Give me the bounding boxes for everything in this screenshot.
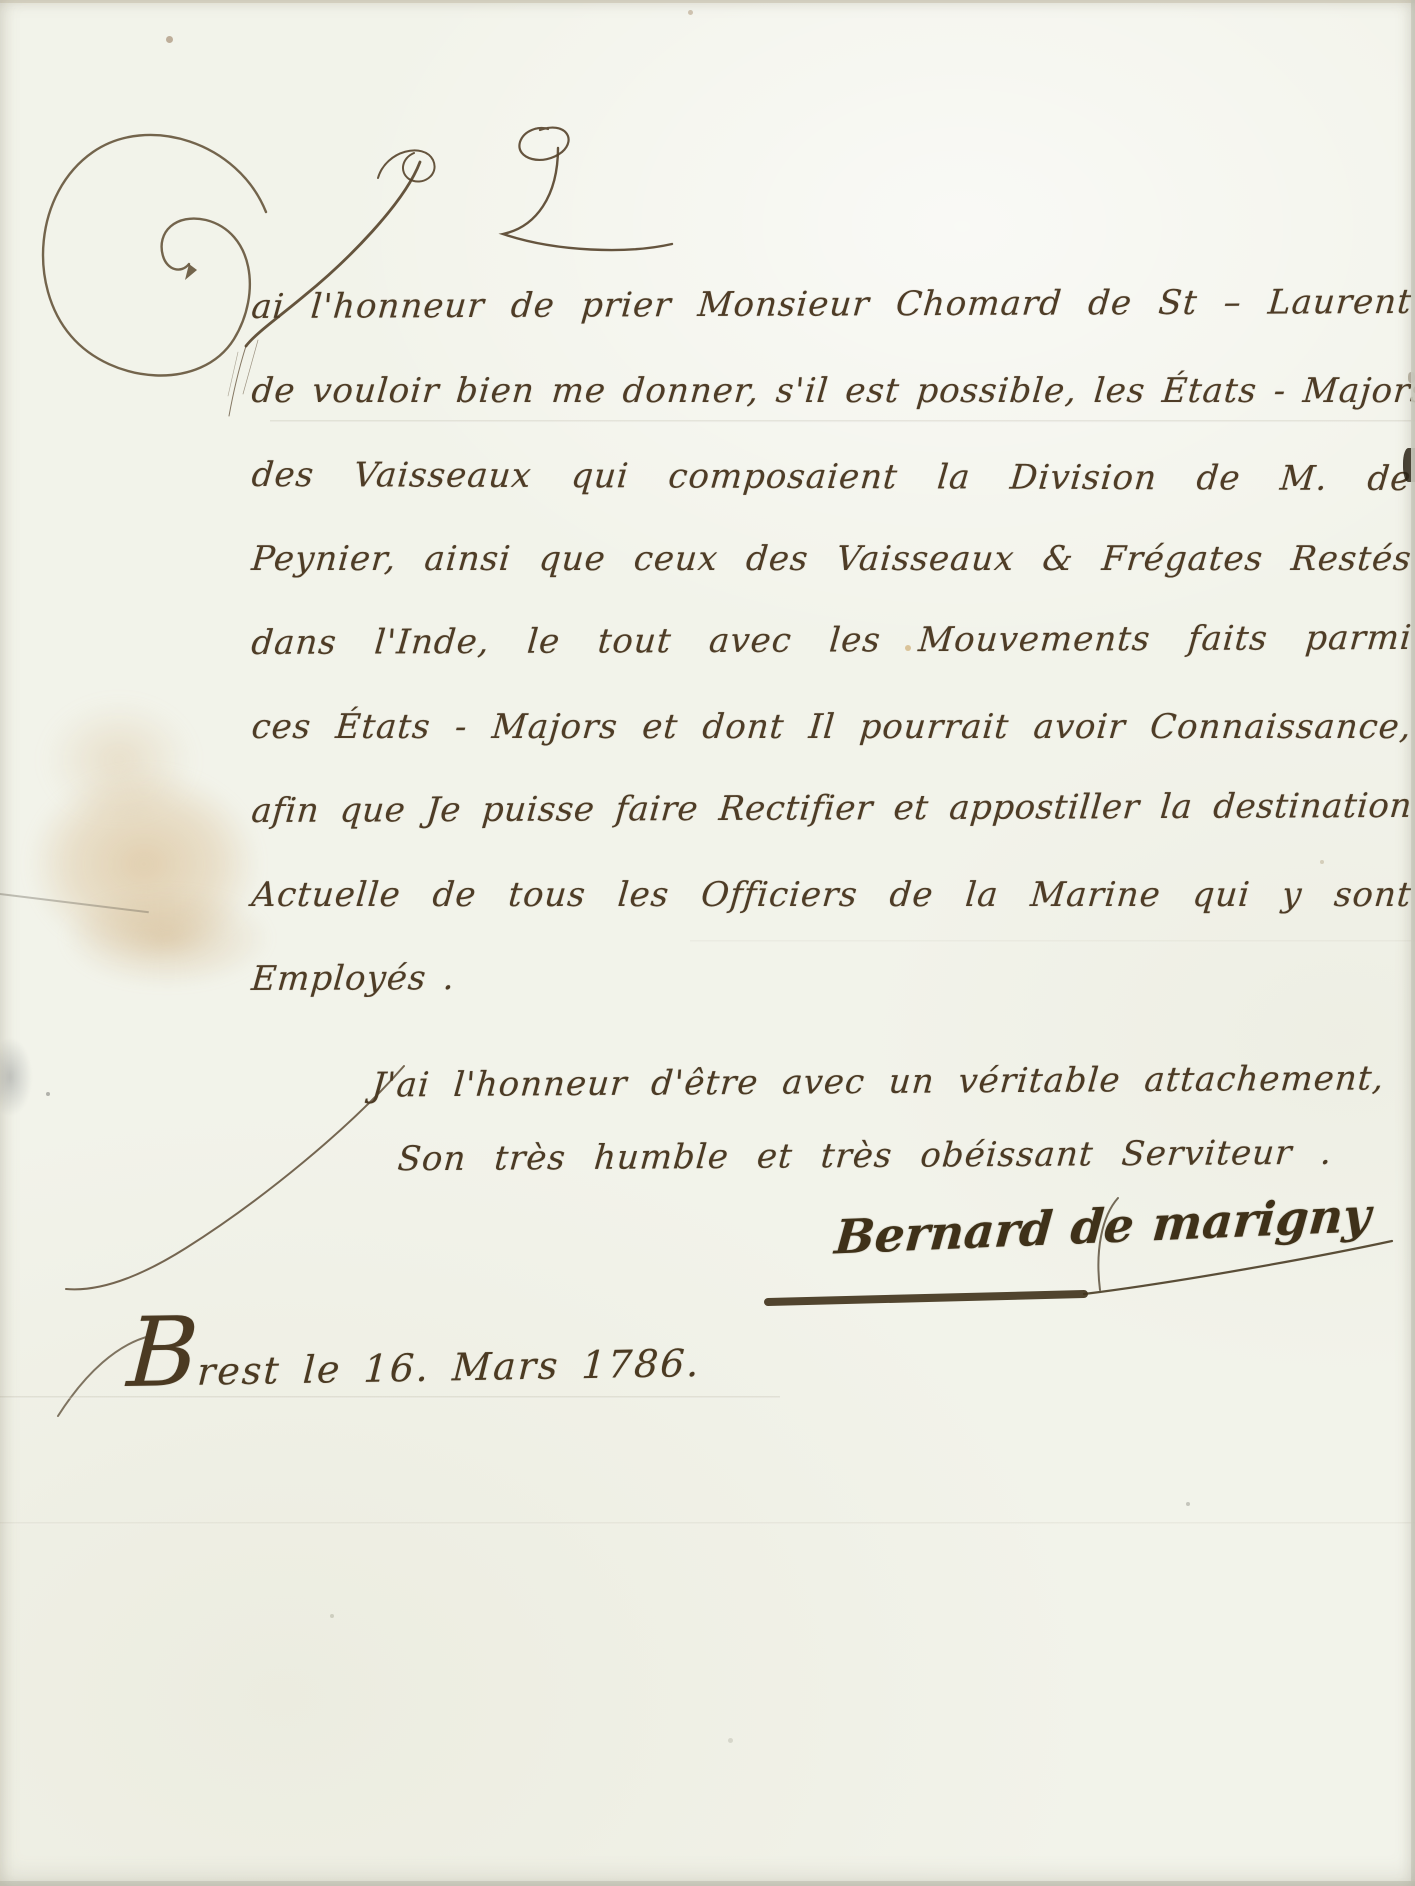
- wax-blob-left-edge: [0, 1038, 32, 1116]
- signature: Bernard de marigny: [833, 1189, 1345, 1265]
- body-line-2: de vouloir bien me donner, s'il est poss…: [248, 349, 1415, 433]
- dateline-text: rest le 16. Mars 1786.: [196, 1341, 702, 1394]
- body-line-1: ai l'honneur de prier Monsieur Chomard d…: [248, 260, 1415, 349]
- spiral-flourish: [43, 135, 266, 376]
- dateline-initial: B: [125, 1296, 201, 1409]
- body-line-5: dans l'Inde, le tout avec les Mouvements…: [248, 596, 1415, 685]
- closing-swash-flourish: [66, 1066, 404, 1289]
- scan-edge-bottom: [0, 1881, 1415, 1886]
- body-line-7: afin que Je puisse faire Rectifier et ap…: [248, 764, 1415, 853]
- scan-edge-top: [0, 0, 1415, 3]
- body-line-3: des Vaisseaux qui composaient la Divisio…: [248, 433, 1415, 521]
- paper-speck: [46, 1092, 50, 1096]
- ink-blot-right-edge: [1403, 448, 1415, 482]
- body-line-9: Employés .: [248, 932, 1415, 1021]
- seal-stain: [28, 768, 260, 960]
- body-line-4: Peynier, ainsi que ceux des Vaisseaux & …: [248, 517, 1415, 601]
- corner-crease: [0, 893, 149, 913]
- body-line-8: Actuelle de tous les Officiers de la Mar…: [248, 853, 1415, 937]
- paper-speck: [166, 36, 173, 43]
- seal-stain-lower: [62, 888, 272, 988]
- s-curl-flourish: [503, 128, 672, 250]
- edge-nick: [1408, 372, 1415, 383]
- fold-crease-date: [0, 1396, 780, 1399]
- closing-line-1: J'ai l'honneur d'être avec un véritable …: [370, 1058, 1386, 1105]
- paper-speck: [688, 10, 693, 15]
- paper-speck: [728, 1738, 733, 1743]
- dateline: Brest le 16. Mars 1786.: [125, 1295, 704, 1401]
- letter-scan: ai l'honneur de prier Monsieur Chomard d…: [0, 0, 1415, 1886]
- fold-crease-lower: [0, 1522, 1415, 1525]
- body-line-6: ces États - Majors et dont Il pourrait a…: [248, 685, 1415, 769]
- paper-speck: [1186, 1502, 1190, 1506]
- letter-body: ai l'honneur de prier Monsieur Chomard d…: [248, 265, 1408, 1021]
- seal-stain-halo: [44, 700, 194, 820]
- paper-speck: [330, 1614, 334, 1618]
- closing-line-2: Son très humble et très obéissant Servit…: [396, 1133, 1334, 1180]
